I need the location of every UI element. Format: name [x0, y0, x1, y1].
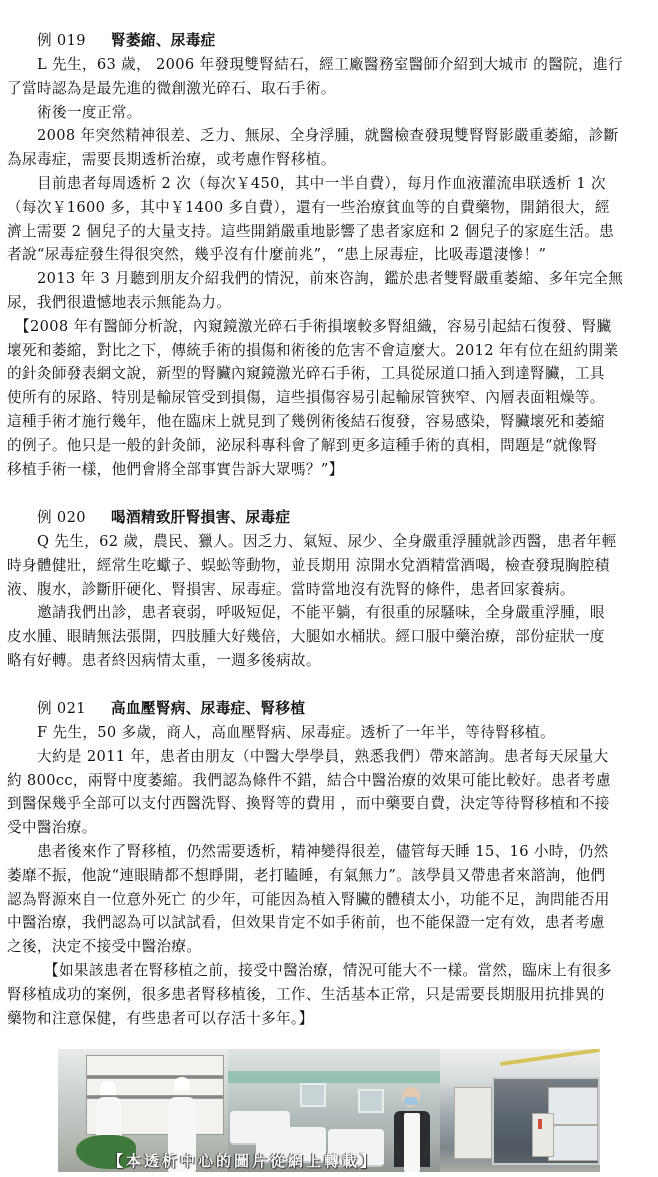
paragraph-line: 萎靡不振，他說“連眼睛都不想睜開，老打瞌睡，有氣無力”。該學員又帶患者來諮詢，他…: [7, 866, 605, 886]
paragraph-line: 之後，決定不接受中醫治療。: [7, 937, 201, 957]
paragraph-line: 邀請我們出診，患者衰弱，呼吸短促，不能平躺，有很重的尿騷味，全身嚴重浮腫，眼: [37, 603, 605, 623]
case-019-heading: 例 019腎萎縮、尿毒症: [37, 31, 216, 51]
paragraph-line: 尿，我們很遺憾地表示無能為力。: [7, 293, 231, 313]
paragraph-line: 使所有的尿路、特別是輸尿管受到損傷，這些損傷容易引起輸尿管狹窄、內層表面粗燥等。: [7, 388, 605, 408]
photo-caption: 【本透析中心的圖片從網上轉載】: [108, 1150, 378, 1171]
paragraph-line: 2013 年 3 月聽到朋友介紹我們的情況，前來咨詢，鑑於患者雙腎嚴重萎縮、多年…: [37, 269, 623, 289]
paragraph-line: 腎移植成功的案例，很多患者腎移植後，工作、生活基本正常，只是需要長期服用抗排異的: [7, 985, 605, 1005]
paragraph-line: 略有好轉。患者終因病情太重，一週多後病故。: [7, 651, 321, 671]
paragraph-line: 為尿毒症，需要長期透析治療，或考慮作腎移植。: [7, 150, 336, 170]
photo-water-treatment: [440, 1049, 600, 1172]
case-title: 高血壓腎病、尿毒症、腎移植: [111, 700, 305, 717]
paragraph-line: 【如果該患者在腎移植之前，接受中醫治療，情況可能大不一樣。當然，臨床上有很多: [44, 961, 612, 981]
paragraph-line: 皮水腫、眼睛無法張開，四肢腫大好幾倍，大腿如水桶狀。經口服中藥治療，部份症狀一度: [7, 627, 605, 647]
paragraph-line: 認為腎源來自一位意外死亡 的少年，可能因為植入腎臟的體積太小，功能不足，詢問能否…: [7, 890, 610, 910]
case-020-heading: 例 020喝酒精致肝腎損害、尿毒症: [37, 508, 290, 528]
paragraph-line: 濟上需要 2 個兒子的大量支持。這些開銷嚴重地影響了患者家庭和 2 個兒子的家庭…: [7, 222, 614, 242]
paragraph-line: 約 800cc，兩腎中度萎縮。我們認為條件不錯，結合中醫治療的效果可能比較好。患…: [7, 771, 611, 791]
paragraph-line: 大約是 2011 年，患者由朋友（中醫大學學員，熟悉我們）帶來諮詢。患者每天尿量…: [37, 747, 609, 767]
paragraph-line: 者說“尿毒症發生得很突然，幾乎沒有什麼前兆”，“患上尿毒症，比吸毒還淒慘！”: [7, 245, 546, 265]
paragraph-line: 患者後來作了腎移植，仍然需要透析，精神變得很差，儘管每天睡 15、16 小時，仍…: [37, 842, 609, 862]
paragraph-line: 術後一度正常。: [37, 103, 142, 123]
paragraph-line: Q 先生，62 歲，農民、獵人。因乏力、氣短、尿少、全身嚴重浮腫就診西醫，患者年…: [37, 532, 617, 552]
paragraph-line: 【2008 年有醫師分析說，內窺鏡激光碎石手術損壞較多腎組織，容易引起結石復發、…: [15, 317, 611, 337]
paragraph-line: 的針灸師發表網文說，新型的腎臟內窺鏡激光碎石手術，工具從尿道口插入到達腎臟，工具: [7, 364, 605, 384]
paragraph-line: 這種手術才施行幾年，他在臨床上就見到了幾例術後結石復發，容易感染，腎臟壞死和萎縮: [7, 412, 605, 432]
paragraph-line: 移植手術一樣，他們會將全部事實告訴大眾嗎？”】: [7, 460, 344, 480]
paragraph-line: 2008 年突然精神很差、乏力、無尿、全身浮腫，就醫檢查發現雙腎腎影嚴重萎縮，診…: [37, 126, 619, 146]
case-number: 例 019: [37, 31, 111, 51]
paragraph-line: 了當時認為是最先進的微創激光碎石、取石手術。: [7, 79, 336, 99]
paragraph-line: 時身體健壯，經常生吃蠍子、蜈蚣等動物，並長期用 涼開水兌酒精當酒喝，檢查發現胸腔…: [7, 556, 610, 576]
paragraph-line: 液、腹水，診斷肝硬化、腎損害、尿毒症。當時當地沒有洗腎的條件，患者回家養病。: [7, 580, 575, 600]
paragraph-line: 受中醫治療。: [7, 818, 97, 838]
paragraph-line: 的例子。他只是一般的針灸師，泌尿科專科會了解到更多這種手術的真相，問題是“就像腎: [7, 436, 598, 456]
paragraph-line: 藥物和注意保健，有些患者可以存活十多年。】: [7, 1009, 314, 1029]
case-title: 喝酒精致肝腎損害、尿毒症: [111, 509, 290, 526]
paragraph-line: 壞死和萎縮，對比之下，傳統手術的損傷和術後的危害不會這麼大。2012 年有位在紐…: [7, 341, 618, 361]
case-number: 例 020: [37, 508, 111, 528]
paragraph-line: F 先生，50 多歲，商人，高血壓腎病、尿毒症。透析了一年半，等待腎移植。: [37, 723, 555, 743]
case-title: 腎萎縮、尿毒症: [111, 32, 216, 49]
case-021-heading: 例 021高血壓腎病、尿毒症、腎移植: [37, 699, 305, 719]
paragraph-line: 到醫保幾乎全部可以支付西醫洗腎、換腎等的費用 ，而中藥要自費，決定等待腎移植和不…: [7, 794, 610, 814]
paragraph-line: 中醫治療，我們認為可以試試看，但效果肯定不如手術前，也不能保證一定有效，患者考慮: [7, 913, 605, 933]
paragraph-line: L 先生，63 歲， 2006 年發現雙腎結石，經工廠醫務室醫師介紹到大城市 的…: [37, 55, 623, 75]
paragraph-line: 目前患者每周透析 2 次（每次￥450，其中一半自費），每月作血液灌流串联透析 …: [37, 174, 606, 194]
photo-strip: 【本透析中心的圖片從網上轉載】: [58, 1049, 600, 1172]
case-number: 例 021: [37, 699, 111, 719]
paragraph-line: （每次￥1600 多，其中￥1400 多自費），還有一些治療貧血等的自費藥物，開…: [7, 198, 610, 218]
